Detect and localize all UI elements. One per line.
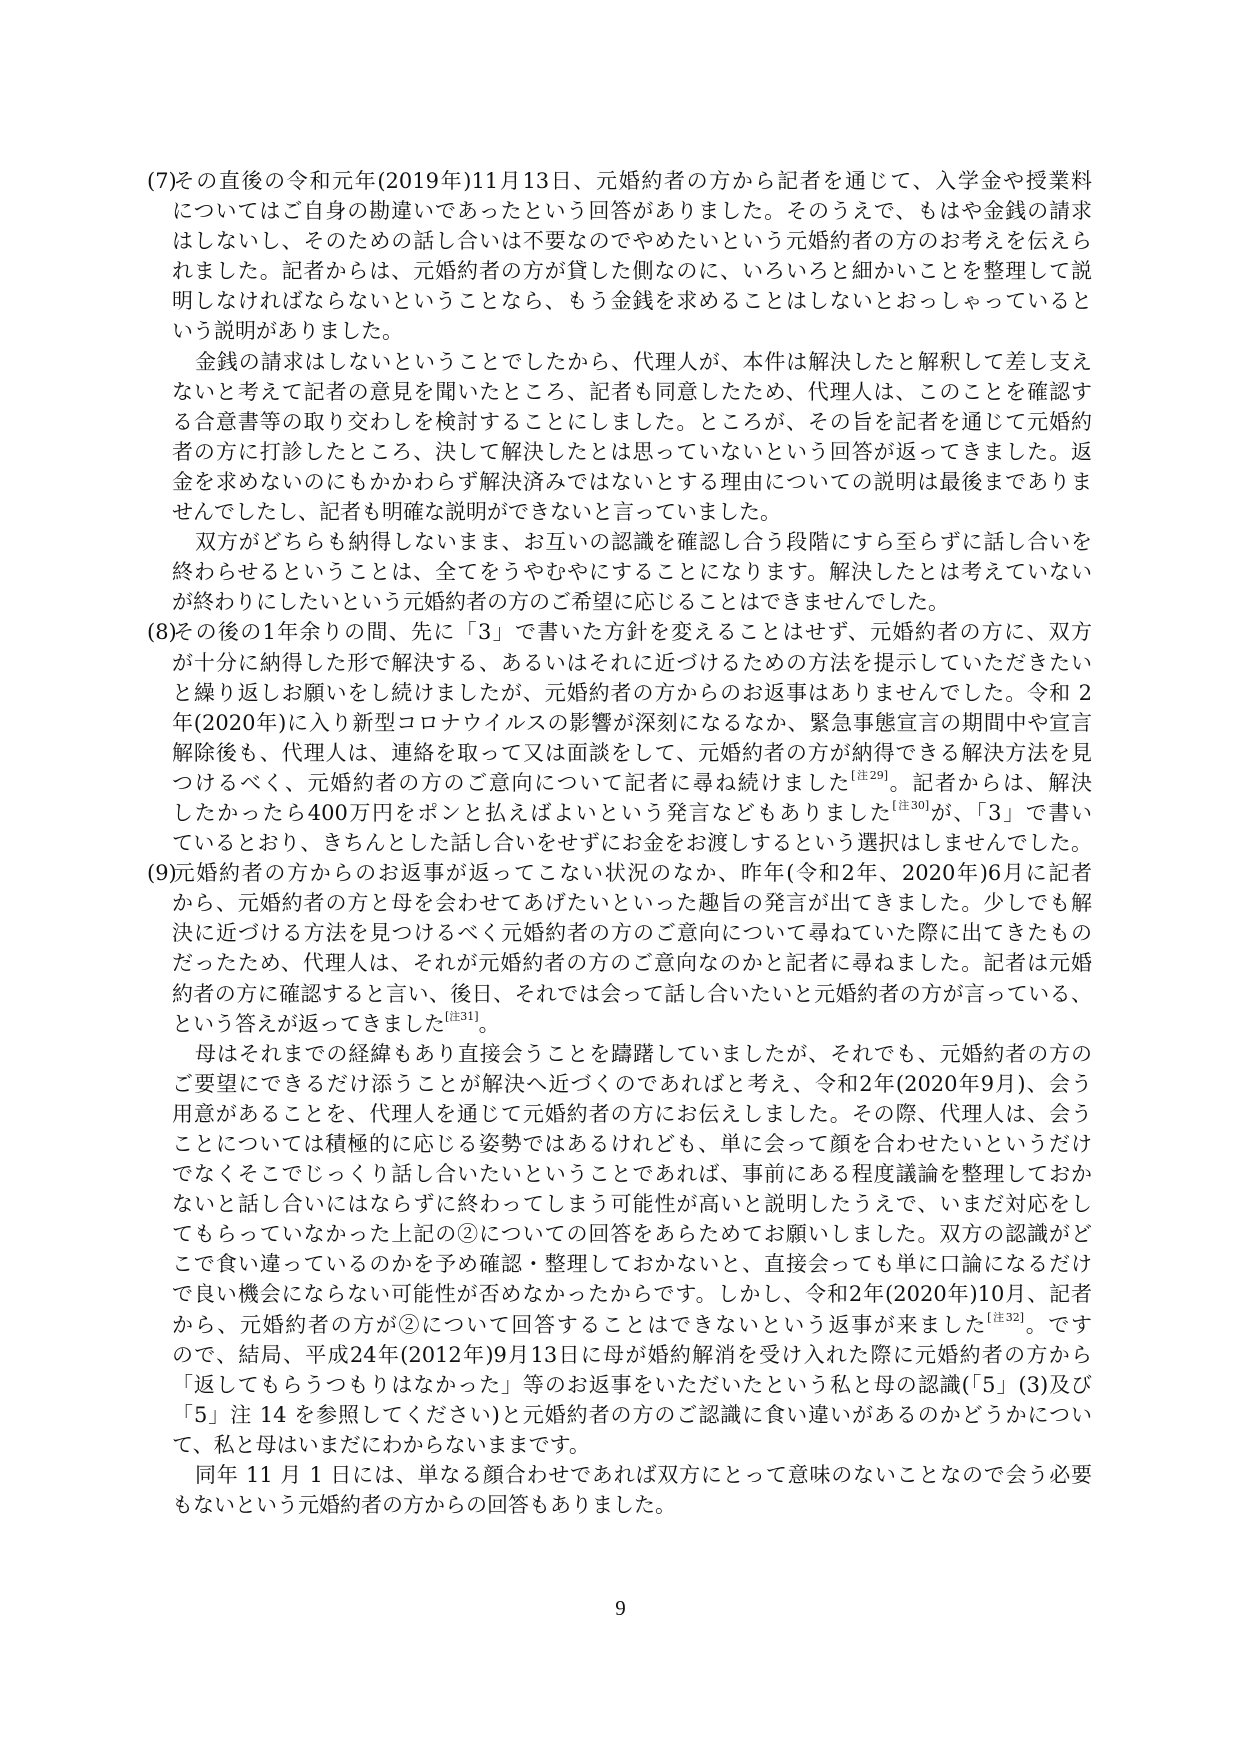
text-line: についてはご自身の勘違いであったという回答がありました。そのうえで、もはや金銭の… — [147, 196, 1092, 226]
section-8: (8)その後の1年余りの間、先に「3」で書いた方針を変えることはせず、元婚約者の… — [147, 617, 1092, 858]
text-line: したかったら400万円をポンと払えばよいという発言などもありました[注30]が、… — [147, 798, 1092, 828]
text-line: もないという元婚約者の方からの回答もありました。 — [147, 1490, 1092, 1520]
document-body: (7)その直後の令和元年(2019年)11月13日、元婚約者の方から記者を通じて… — [147, 166, 1092, 1520]
text-line: 明しなければならないということなら、もう金銭を求めることはしないとおっしゃってい… — [147, 286, 1092, 316]
text-line: 母はそれまでの経緯もあり直接会うことを躊躇していましたが、それでも、元婚約者の方… — [147, 1039, 1092, 1069]
text-line: 決に近づける方法を見つけるべく元婚約者の方のご意向について尋ねていた際に出てきた… — [147, 918, 1092, 948]
text-line: が十分に納得した形で解決する、あるいはそれに近づけるための方法を提示していただき… — [147, 648, 1092, 678]
text-line: こで食い違っているのかを予め確認・整理しておかないと、直接会っても単に口論になる… — [147, 1249, 1092, 1279]
section-label: (7) — [147, 166, 172, 196]
text-line: ご要望にできるだけ添うことが解決へ近づくのであればと考え、令和2年(2020年9… — [147, 1069, 1092, 1099]
text-line: はしないし、そのための話し合いは不要なのでやめたいという元婚約者の方のお考えを伝… — [147, 226, 1092, 256]
text-line: 年(2020年)に入り新型コロナウイルスの影響が深刻になるなか、緊急事態宣言の期… — [147, 708, 1092, 738]
text-line: という答えが返ってきました[注31]。 — [147, 1009, 1092, 1039]
text-line: 「5」注 14 を参照してください)と元婚約者の方のご認識に食い違いがあるのかど… — [147, 1400, 1092, 1430]
text-line: 金を求めないのにもかかわらず解決済みではないとする理由についての説明は最後まであ… — [147, 467, 1092, 497]
text-line: 終わらせるということは、全てをうやむやにすることになります。解決したとは考えてい… — [147, 557, 1092, 587]
page-number: 9 — [0, 1596, 1241, 1621]
text-line: 同年 11 月 1 日には、単なる顔合わせであれば双方にとって意味のないことなの… — [147, 1460, 1092, 1490]
text-line: から、元婚約者の方と母を会わせてあげたいといった趣旨の発言が出てきました。少しで… — [147, 888, 1092, 918]
footnote-ref: [注29] — [851, 769, 888, 782]
section-9: (9)元婚約者の方からのお返事が返ってこない状況のなか、昨年(令和2年、2020… — [147, 858, 1092, 1520]
text-line: いう説明がありました。 — [147, 316, 1092, 346]
text-line: 「返してもらうつもりはなかった」等のお返事をいただいたという私と母の認識(「5」… — [147, 1370, 1092, 1400]
text-line: (8)その後の1年余りの間、先に「3」で書いた方針を変えることはせず、元婚約者の… — [147, 617, 1092, 647]
text-line: (7)その直後の令和元年(2019年)11月13日、元婚約者の方から記者を通じて… — [147, 166, 1092, 196]
text-line: 解除後も、代理人は、連絡を取って又は面談をして、元婚約者の方が納得できる解決方法… — [147, 738, 1092, 768]
section-label: (8) — [147, 617, 172, 647]
text-line: ので、結局、平成24年(2012年)9月13日に母が婚約解消を受け入れた際に元婚… — [147, 1340, 1092, 1370]
text-line: てもらっていなかった上記の②についての回答をあらためてお願いしました。双方の認識… — [147, 1219, 1092, 1249]
text-line: て、私と母はいまだにわからないままです。 — [147, 1430, 1092, 1460]
text-line: 金銭の請求はしないということでしたから、代理人が、本件は解決したと解釈して差し支… — [147, 347, 1092, 377]
text-line: れました。記者からは、元婚約者の方が貸した側なのに、いろいろと細かいことを整理し… — [147, 256, 1092, 286]
footnote-ref: [注30] — [892, 799, 929, 812]
text-line: 者の方に打診したところ、決して解決したとは思っていないという回答が返ってきました… — [147, 437, 1092, 467]
text-line: つけるべく、元婚約者の方のご意向について記者に尋ね続けました[注29]。記者から… — [147, 768, 1092, 798]
text-line: だったため、代理人は、それが元婚約者の方のご意向なのかと記者に尋ねました。記者は… — [147, 948, 1092, 978]
text-line: ないと話し合いにはならずに終わってしまう可能性が高いと説明したうえで、いまだ対応… — [147, 1189, 1092, 1219]
text-line: 双方がどちらも納得しないまま、お互いの認識を確認し合う段階にすら至らずに話し合い… — [147, 527, 1092, 557]
footnote-ref: [注31] — [445, 1010, 479, 1023]
text-line: 約者の方に確認すると言い、後日、それでは会って話し合いたいと元婚約者の方が言って… — [147, 979, 1092, 1009]
section-label: (9) — [147, 858, 172, 888]
text-line: で良い機会にならない可能性が否めなかったからです。しかし、令和2年(2020年)… — [147, 1279, 1092, 1309]
text-line: せんでしたし、記者も明確な説明ができないと言っていました。 — [147, 497, 1092, 527]
text-line: と繰り返しお願いをし続けましたが、元婚約者の方からのお返事はありませんでした。令… — [147, 678, 1092, 708]
document-page: (7)その直後の令和元年(2019年)11月13日、元婚約者の方から記者を通じて… — [0, 0, 1241, 1755]
text-line: る合意書等の取り交わしを検討することにしました。ところが、その旨を記者を通じて元… — [147, 407, 1092, 437]
text-line: ことについては積極的に応じる姿勢ではあるけれども、単に会って顔を合わせたいという… — [147, 1129, 1092, 1159]
text-line: から、元婚約者の方が②について回答することはできないという返事が来ました[注32… — [147, 1310, 1092, 1340]
text-line: でなくそこでじっくり話し合いたいということであれば、事前にある程度議論を整理して… — [147, 1159, 1092, 1189]
text-line: ているとおり、きちんとした話し合いをせずにお金をお渡しするという選択はしませんで… — [147, 828, 1092, 858]
section-7: (7)その直後の令和元年(2019年)11月13日、元婚約者の方から記者を通じて… — [147, 166, 1092, 617]
text-line: (9)元婚約者の方からのお返事が返ってこない状況のなか、昨年(令和2年、2020… — [147, 858, 1092, 888]
text-line: ないと考えて記者の意見を聞いたところ、記者も同意したため、代理人は、このことを確… — [147, 377, 1092, 407]
text-line: が終わりにしたいという元婚約者の方のご希望に応じることはできませんでした。 — [147, 587, 1092, 617]
text-line: 用意があることを、代理人を通じて元婚約者の方にお伝えしました。その際、代理人は、… — [147, 1099, 1092, 1129]
footnote-ref: [注32] — [987, 1311, 1024, 1324]
